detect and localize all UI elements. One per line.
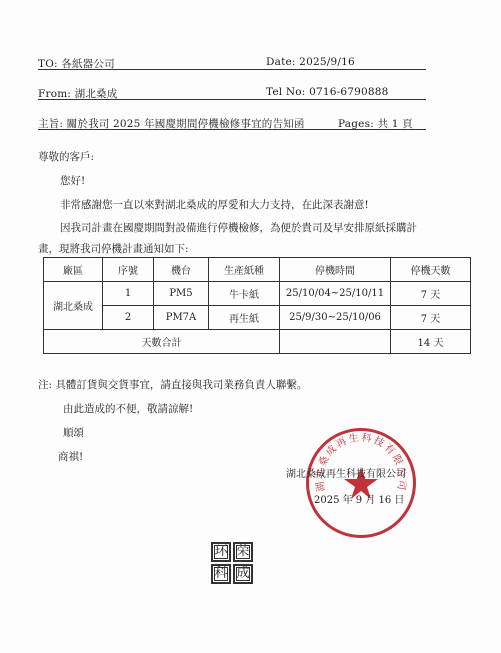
- divider: [38, 129, 426, 130]
- paper-cell: 牛卡紙: [209, 282, 280, 306]
- machine-cell: PM5: [154, 282, 209, 306]
- shutdown-plan-table: 廠區 序號 機台 生產紙種 停機時間 停機天數 湖北桑成 1 PM5 牛卡紙 2…: [43, 257, 471, 354]
- table-row: 2 PM7A 再生紙 25/9/30~25/10/06 7 天: [44, 306, 471, 330]
- tel-field: Tel No: 0716-6790888: [266, 86, 389, 98]
- paper-cell: 再生紙: [209, 306, 280, 330]
- logo-char: 科: [211, 564, 231, 584]
- company-seal: 湖北桑成再生科技有限公司: [306, 428, 416, 538]
- header-number: 序號: [103, 258, 154, 282]
- company-logo: 环 荣 科 成: [211, 542, 257, 588]
- total-label: 天數合計: [44, 330, 280, 354]
- machine-cell: PM7A: [154, 306, 209, 330]
- salutation: 尊敬的客戶:: [38, 149, 94, 164]
- table-header-row: 廠區 序號 機台 生產紙種 停機時間 停機天數: [44, 258, 471, 282]
- greeting: 您好!: [60, 173, 85, 188]
- plant-cell: 湖北桑成: [44, 282, 103, 330]
- date-field: Date: 2025/9/16: [266, 56, 355, 68]
- number-cell: 2: [103, 306, 154, 330]
- number-cell: 1: [103, 282, 154, 306]
- paragraph-thanks: 非常感謝您一直以來對湖北桑成的厚愛和大力支持，在此深表謝意!: [60, 197, 369, 212]
- wishes-text: 商祺!: [58, 449, 83, 464]
- header-shutdown-days: 停機天數: [391, 258, 471, 282]
- paragraph-notice-line1: 因我司計畫在國慶期間對設備進行停機檢修，為便於貴司及早安排原紙採購計: [60, 220, 417, 235]
- days-cell: 7 天: [391, 282, 471, 306]
- total-days: 14 天: [391, 330, 471, 354]
- total-period-empty: [280, 330, 391, 354]
- logo-char: 环: [211, 542, 231, 562]
- divider: [38, 99, 426, 100]
- contact-note: 注: 具體訂貨與交貨事宜，請直接與我司業務負責人聯繫。: [38, 377, 307, 392]
- table-row: 湖北桑成 1 PM5 牛卡紙 25/10/04~25/10/11 7 天: [44, 282, 471, 306]
- period-cell: 25/10/04~25/10/11: [280, 282, 391, 306]
- header-machine: 機台: [154, 258, 209, 282]
- days-cell: 7 天: [391, 306, 471, 330]
- header-plant: 廠區: [44, 258, 103, 282]
- apology-text: 由此造成的不便，敬請諒解!: [63, 401, 193, 416]
- seal-star-icon: 湖北桑成再生科技有限公司: [309, 431, 413, 535]
- regards-text: 順頌: [63, 425, 84, 440]
- header-shutdown-period: 停機時間: [280, 258, 391, 282]
- logo-char: 荣: [233, 542, 253, 562]
- logo-char: 成: [233, 564, 253, 584]
- paragraph-notice-line2: 畫，現將我司停機計畫通知如下:: [38, 241, 189, 256]
- header-paper-type: 生產紙種: [209, 258, 280, 282]
- divider: [38, 69, 426, 70]
- table-total-row: 天數合計 14 天: [44, 330, 471, 354]
- signature-company: 湖北桑成再生科技有限公司: [286, 465, 406, 480]
- period-cell: 25/9/30~25/10/06: [280, 306, 391, 330]
- signature-date: 2025 年 9 月 16 日: [314, 491, 404, 506]
